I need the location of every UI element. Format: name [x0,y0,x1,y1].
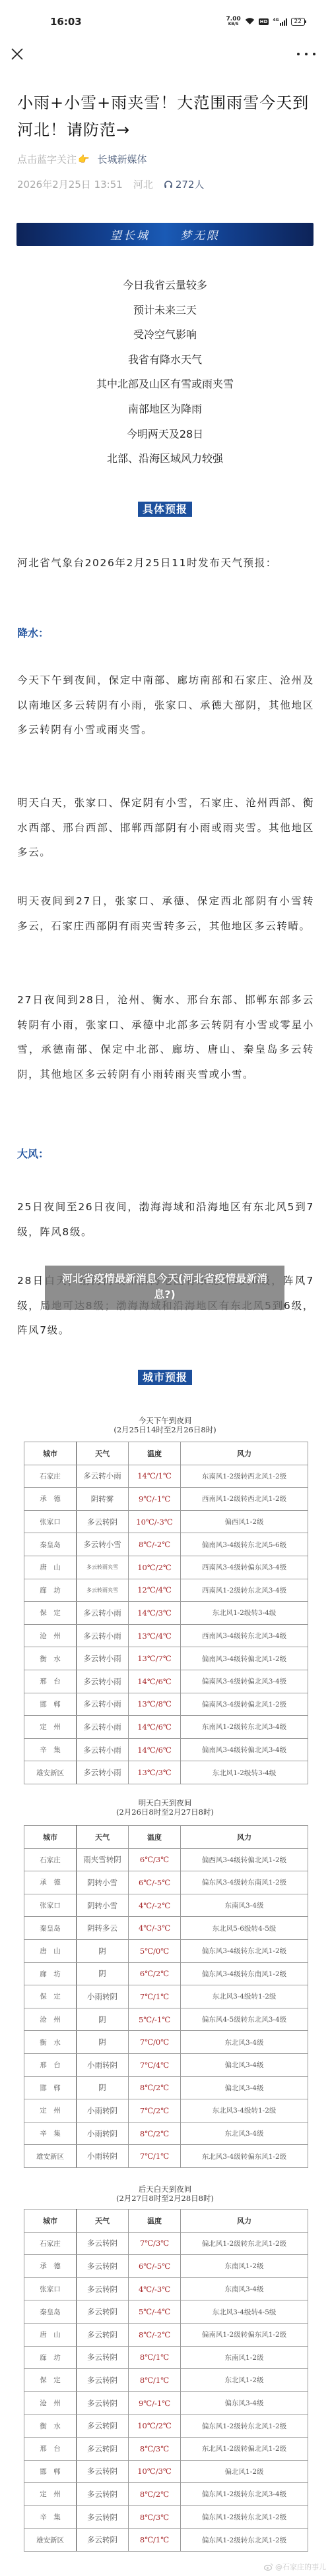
table-row: 廊 坊多云转阴8℃/1℃东南风1-2级 [24,2346,308,2369]
temperature-cell: 8℃/3℃ [129,2437,181,2460]
precip-paragraph: 明天白天，张家口、保定阴有小雪，石家庄、沧州西部、衡水西部、邢台西部、邯郸西部阴… [17,791,314,865]
wind-cell: 东北风3-4级 [181,2031,308,2054]
wind-cell: 东南风1-2级 [181,2255,308,2278]
city-cell: 定 州 [24,2483,77,2506]
follow-prompt: 点击蓝字关注 [17,152,77,166]
wind-cell: 东北风1-2级 [181,2369,308,2392]
city-cell: 辛 集 [24,2122,77,2145]
city-forecast-table-today: 城市 天气 温度 风力 石家庄多云转小雨14℃/1℃东南风1-2级转西北风1-2… [24,1442,308,1784]
wind-cell: 偏北风1-2级 [181,2460,308,2483]
table-row: 廊 坊多云转雨夹雪12℃/4℃西南风1-2级转东北风3-4级 [24,1579,308,1602]
weather-cell: 阴 [77,1962,129,1985]
temperature-cell: 9℃/-1℃ [129,1488,181,1511]
weather-cell: 多云转阴 [77,1510,129,1533]
listen-button[interactable]: 272人 [164,177,205,191]
city-cell: 承 德 [24,1488,77,1511]
wind-cell: 东南风1-2级转东北风3-4级 [181,1716,308,1739]
temperature-cell: 14℃/1℃ [129,1465,181,1488]
meta-row: 2026年2月25日 13:51 河北 272人 [17,177,204,191]
city-cell: 邢 台 [24,2053,77,2076]
city-cell: 雄安新区 [24,1761,77,1784]
column-header-temperature: 温度 [129,1442,181,1465]
city-cell: 张家口 [24,2277,77,2300]
wind-cell: 偏东风3-4级转东南风1-2级 [181,1871,308,1894]
wind-cell: 偏南风3-4级转偏北风1-2级 [181,1693,308,1716]
wind-cell: 偏北风3-4级 [181,2076,308,2099]
weather-cell: 小雨转阴 [77,1985,129,2008]
city-cell: 邢 台 [24,2437,77,2460]
temperature-cell: 7℃/4℃ [129,2053,181,2076]
weather-cell: 多云转阴 [77,2391,129,2415]
temperature-cell: 14℃/6℃ [129,1738,181,1761]
temperature-cell: 9℃/-1℃ [129,2391,181,2415]
summary-line: 南部地区为降雨 [0,401,330,426]
wind-cell: 偏南风3-4级转东北风5-6级 [181,1533,308,1556]
summary-line: 今明两天及28日 [0,426,330,451]
temperature-cell: 5℃/0℃ [129,1939,181,1962]
table-row: 沧 州阴5℃/-1℃偏东风4-5级转东北风3-4级 [24,2008,308,2031]
column-header-wind: 风力 [181,2210,308,2233]
city-cell: 邯 郸 [24,1693,77,1716]
weather-cell: 阴 [77,2031,129,2054]
source-row: 点击蓝字关注 👉 长城新媒体 [17,152,147,166]
close-button[interactable] [9,46,25,62]
weather-cell: 阴 [77,2076,129,2099]
temperature-cell: 12℃/4℃ [129,1579,181,1602]
publish-location: 河北 [133,177,153,191]
weather-cell: 小雨转阴 [77,2099,129,2122]
table-row: 定 州多云转小雨14℃/6℃东南风1-2级转东北风3-4级 [24,1716,308,1739]
column-header-wind: 风力 [181,1442,308,1465]
table-header-row: 城市 天气 温度 风力 [24,1442,308,1465]
city-cell: 保 定 [24,1985,77,2008]
summary-line: 北部、沿海区域风力较强 [0,450,330,475]
wind-cell: 东北风1-2级转3-4级 [181,1602,308,1625]
cellular-signal-icon: 4G [273,18,286,26]
wind-cell: 偏东风1-2级转东北风1-2级 [181,2529,308,2552]
banner-text-right: 梦无限 [180,226,220,243]
status-icons: 7.00 KB/S HD 4G 22 [226,16,305,27]
table-row: 秦皇岛多云转小雪8℃/-2℃偏南风3-4级转东北风5-6级 [24,1533,308,1556]
wind-cell: 偏北风3-4级 [181,2053,308,2076]
wind-cell: 偏东风4-5级转东北风3-4级 [181,2008,308,2031]
column-header-city: 城市 [24,2210,77,2233]
temperature-cell: 6℃/2℃ [129,1962,181,1985]
city-cell: 衡 水 [24,2415,77,2438]
summary-line: 其中北部及山区有雪或雨夹雪 [0,376,330,401]
table-row: 廊 坊阴6℃/2℃偏东风3-4级转东南风1-2级 [24,1962,308,1985]
weather-cell: 多云转阴 [77,2369,129,2392]
temperature-cell: 8℃/2℃ [129,2122,181,2145]
column-header-wind: 风力 [181,1826,308,1849]
temperature-cell: 8℃/2℃ [129,2483,181,2506]
temperature-cell: 7℃/2℃ [129,2099,181,2122]
summary-line: 受冷空气影响 [0,326,330,351]
temperature-cell: 6℃/-5℃ [129,1871,181,1894]
status-time: 16:03 [50,16,82,28]
table-row: 保 定多云转阴8℃/1℃东北风1-2级 [24,2369,308,2392]
wind-cell: 东南风1-2级 [181,2346,308,2369]
temperature-cell: 4℃/-3℃ [129,1917,181,1940]
table-row: 邯 郸多云转小雨13℃/8℃偏南风3-4级转偏北风1-2级 [24,1693,308,1716]
city-cell: 石家庄 [24,1465,77,1488]
wind-cell: 偏西风3-4级转偏北风1-2级 [181,1848,308,1871]
top-nav [0,42,330,66]
temperature-cell: 10℃/-3℃ [129,1510,181,1533]
temperature-cell: 8℃/1℃ [129,2369,181,2392]
weather-cell: 多云转阴 [77,2460,129,2483]
weather-cell: 多云转阴 [77,2300,129,2324]
temperature-cell: 5℃/-4℃ [129,2300,181,2324]
city-cell: 衡 水 [24,1647,77,1670]
more-button[interactable] [297,46,315,62]
table-row: 衡 水多云转小雨13℃/7℃偏南风3-4级转偏北风1-2级 [24,1647,308,1670]
table-row: 承 德多云转阴6℃/-5℃东南风1-2级 [24,2255,308,2278]
more-icon [297,53,300,55]
table-row: 定 州小雨转阴7℃/2℃东北风3-4级转1-2级 [24,2099,308,2122]
city-cell: 唐 山 [24,1939,77,1962]
table-row: 秦皇岛多云转阴5℃/-4℃东北风3-4级转4-5级 [24,2300,308,2324]
banner-text-left: 望长城 [110,226,150,243]
temperature-cell: 4℃/-2℃ [129,1894,181,1917]
wind-cell: 东南风3-4级 [181,2277,308,2300]
table-row: 定 州多云转阴8℃/2℃偏东风1-2级转东北风3-4级 [24,2483,308,2506]
column-header-temperature: 温度 [129,1826,181,1849]
temperature-cell: 4℃/-3℃ [129,2277,181,2300]
city-cell: 唐 山 [24,1556,77,1579]
table-row: 雄安新区小雨转阴7℃/1℃东北风3-4级转偏东风1-2级 [24,2145,308,2168]
table-row: 雄安新区多云转小雨13℃/3℃东北风1-2级转3-4级 [24,1761,308,1784]
weather-cell: 多云转阴 [77,2483,129,2506]
weather-cell: 阴转小雪 [77,1871,129,1894]
city-cell: 沧 州 [24,1624,77,1647]
section-tag-city-forecast: 城市预报 [138,1370,192,1385]
temperature-cell: 7℃/1℃ [129,1985,181,2008]
summary-line: 预计未来三天 [0,302,330,327]
wind-cell: 东北风3-4级转4-5级 [181,2300,308,2324]
table-row: 石家庄多云转阴7℃/3℃偏北风1-2级转东北风1-2级 [24,2232,308,2255]
weather-cell: 阴 [77,1939,129,1962]
weather-cell: 阴转多云 [77,1917,129,1940]
city-cell: 廊 坊 [24,1579,77,1602]
city-cell: 衡 水 [24,2031,77,2054]
table-row: 张家口多云转阴4℃/-3℃东南风3-4级 [24,2277,308,2300]
wind-cell: 偏南风3-4级转偏北风3-4级 [181,1738,308,1761]
table-row: 唐 山阴5℃/0℃偏东风3-4级转东北风1-2级 [24,1939,308,1962]
weather-cell: 多云转阴 [77,2232,129,2255]
wind-cell: 西南风1-2级转西北风1-2级 [181,1488,308,1511]
temperature-cell: 13℃/4℃ [129,1624,181,1647]
table-row: 承 德阴转雾9℃/-1℃西南风1-2级转西北风1-2级 [24,1488,308,1511]
summary-lines: 今日我省云量较多 预计未来三天 受冷空气影响 我省有降水天气 其中北部及山区有雪… [0,277,330,475]
table-row: 辛 集小雨转阴8℃/2℃东北风3-4级 [24,2122,308,2145]
city-cell: 张家口 [24,1894,77,1917]
weather-cell: 多云转小雨 [77,1647,129,1670]
column-header-city: 城市 [24,1442,77,1465]
table-row: 石家庄雨夹雪转阴6℃/3℃偏西风3-4级转偏北风1-2级 [24,1848,308,1871]
city-cell: 邢 台 [24,1670,77,1693]
temperature-cell: 8℃/-2℃ [129,2323,181,2346]
account-name-link[interactable]: 长城新媒体 [97,152,147,166]
temperature-cell: 7℃/3℃ [129,2232,181,2255]
table-row: 张家口阴转小雪4℃/-2℃东南风3-4级 [24,1894,308,1917]
temperature-cell: 7℃/0℃ [129,2031,181,2054]
weather-cell: 阴 [77,2008,129,2031]
wind-cell: 偏南风3-4级转偏北风1-2级 [181,1647,308,1670]
weather-cell: 多云转阴 [77,2529,129,2552]
table-header-row: 城市 天气 温度 风力 [24,1826,308,1849]
temperature-cell: 6℃/3℃ [129,1848,181,1871]
wind-paragraph: 25日夜间至26日夜间，渤海海域和沿海地区有东北风5到7级，阵风8级。 [17,1195,314,1244]
temperature-cell: 10℃/2℃ [129,2415,181,2438]
weather-cell: 多云转阴 [77,2277,129,2300]
wind-cell: 东北风1-2级转3-4级 [181,1761,308,1784]
wind-cell: 偏东风1-2级转东北风1-2级 [181,2415,308,2438]
weather-cell: 多云转阴 [77,2505,129,2529]
weather-cell: 多云转小雨 [77,1602,129,1625]
wind-cell: 偏南风3-4级转偏北风3-4级 [181,1670,308,1693]
wind-cell: 西南风3-4级转东北风3-4级 [181,1624,308,1647]
weibo-icon [264,2563,273,2571]
city-cell: 雄安新区 [24,2145,77,2168]
table-row: 邢 台多云转小雨14℃/6℃偏南风3-4级转偏北风3-4级 [24,1670,308,1693]
table-row: 唐 山多云转阴8℃/-2℃偏南风1-2级转偏东风1-2级 [24,2323,308,2346]
weather-cell: 小雨转阴 [77,2145,129,2168]
temperature-cell: 8℃/3℃ [129,2505,181,2529]
city-cell: 保 定 [24,2369,77,2392]
table-row: 张家口多云转阴10℃/-3℃偏西风1-2级 [24,1510,308,1533]
temperature-cell: 14℃/3℃ [129,1602,181,1625]
table-row: 辛 集多云转阴8℃/3℃偏东风1-2级转东北风1-2级 [24,2505,308,2529]
table-row: 邯 郸多云转阴10℃/3℃偏北风1-2级 [24,2460,308,2483]
summary-line: 今日我省云量较多 [0,277,330,302]
temperature-cell: 14℃/6℃ [129,1670,181,1693]
wifi-icon [245,17,255,27]
wind-cell: 西南风1-2级转东北风3-4级 [181,1579,308,1602]
temperature-cell: 14℃/6℃ [129,1716,181,1739]
city-cell: 辛 集 [24,2505,77,2529]
city-cell: 石家庄 [24,1848,77,1871]
table-caption: 今天下午到夜间 (2月25日14时至2月26日8时) [0,1417,330,1434]
table-row: 辛 集多云转小雨14℃/6℃偏南风3-4级转偏北风3-4级 [24,1738,308,1761]
wind-cell: 偏西风1-2级 [181,1510,308,1533]
table-row: 邢 台小雨转阴7℃/4℃偏北风3-4级 [24,2053,308,2076]
weather-cell: 多云转小雨 [77,1670,129,1693]
city-cell: 石家庄 [24,2232,77,2255]
temperature-cell: 10℃/2℃ [129,1556,181,1579]
city-cell: 承 德 [24,1871,77,1894]
listener-count: 272人 [176,177,205,191]
table-row: 衡 水阴7℃/0℃东北风3-4级 [24,2031,308,2054]
table-header-row: 城市 天气 温度 风力 [24,2210,308,2233]
wind-heading: 大风： [17,1146,49,1161]
city-cell: 雄安新区 [24,2529,77,2552]
wind-cell: 偏东风1-2级转东北风3-4级 [181,2483,308,2506]
table-caption: 明天白天到夜间 (2月26日8时至2月27日8时) [0,1799,330,1817]
wind-cell: 东北风3-4级转1-2级 [181,2099,308,2122]
weather-cell: 多云转小雨 [77,1761,129,1784]
table-row: 邢 台多云转阴8℃/3℃东北风1-2级转偏北风1-2级 [24,2437,308,2460]
table-row: 石家庄多云转小雨14℃/1℃东南风1-2级转西北风1-2级 [24,1465,308,1488]
weather-cell: 多云转雨夹雪 [77,1579,129,1602]
wind-cell: 东北风5-6级转4-5级 [181,1917,308,1940]
weather-cell: 多云转阴 [77,2415,129,2438]
table-row: 保 定小雨转阴7℃/1℃东北风3-4级转1-2级 [24,1985,308,2008]
close-icon [9,46,25,62]
weather-cell: 阴转雾 [77,1488,129,1511]
section-tag-forecast: 具体预报 [138,502,192,517]
wind-cell: 东北风3-4级 [181,2122,308,2145]
wind-cell: 东南风1-2级转西北风1-2级 [181,1465,308,1488]
weather-cell: 小雨转阴 [77,2122,129,2145]
weather-cell: 多云转阴 [77,2255,129,2278]
city-cell: 秦皇岛 [24,1917,77,1940]
precip-paragraph: 明天夜间到27日，张家口、承德、保定西北部阴有小雪转多云，石家庄西部阴有雨夹雪转… [17,889,314,939]
weather-cell: 阴转小雪 [77,1894,129,1917]
precip-paragraph: 今天下午到夜间，保定中南部、廊坊南部和石家庄、沧州及以南地区多云转阴有小雨，张家… [17,668,314,743]
image-caption-overlay: 河北省疫情最新消息今天(河北省疫情最新消息?) [45,1266,284,1310]
city-cell: 张家口 [24,1510,77,1533]
city-cell: 承 德 [24,2255,77,2278]
weather-cell: 多云转小雨 [77,1738,129,1761]
temperature-cell: 10℃/3℃ [129,2460,181,2483]
wind-cell: 西南风3-4级转偏东风3-4级 [181,1556,308,1579]
summary-line: 我省有降水天气 [0,351,330,376]
battery-icon: 22 [291,18,305,26]
city-cell: 定 州 [24,1716,77,1739]
status-bar: 16:03 7.00 KB/S HD 4G 22 [0,0,330,40]
table-row: 沧 州多云转阴9℃/-1℃偏东风3-4级 [24,2391,308,2415]
headphones-icon [164,180,173,189]
table-row: 衡 水多云转阴10℃/2℃偏东风1-2级转东北风1-2级 [24,2415,308,2438]
table-row: 雄安新区多云转阴8℃/1℃偏东风1-2级转东北风1-2级 [24,2529,308,2552]
wind-cell: 东南风3-4级 [181,1894,308,1917]
table-caption: 后天白天到夜间 (2月27日8时至2月28日8时) [0,2185,330,2203]
weather-cell: 多云转小雨 [77,1624,129,1647]
weather-cell: 多云转小雨 [77,1693,129,1716]
city-forecast-table-day-after: 城市 天气 温度 风力 石家庄多云转阴7℃/3℃偏北风1-2级转东北风1-2级承… [24,2209,308,2552]
forecast-intro: 河北省气象台2026年2月25日11时发布天气预报： [17,551,314,576]
wind-cell: 东北风3-4级转1-2级 [181,1985,308,2008]
column-header-city: 城市 [24,1826,77,1849]
weather-cell: 多云转小雨 [77,1716,129,1739]
city-cell: 邯 郸 [24,2460,77,2483]
weather-cell: 多云转阴 [77,2437,129,2460]
weather-cell: 多云转阴 [77,2346,129,2369]
weibo-watermark: @石家庄的事儿 [264,2561,326,2572]
article-title: 小雨+小雪+雨夹雪！大范围雨雪今天到河北！请防范→ [17,90,314,144]
city-forecast-table-tomorrow: 城市 天气 温度 风力 石家庄雨夹雪转阴6℃/3℃偏西风3-4级转偏北风1-2级… [24,1825,308,2168]
temperature-cell: 8℃/2℃ [129,2076,181,2099]
column-header-weather: 天气 [77,2210,129,2233]
city-cell: 定 州 [24,2099,77,2122]
table-row: 邯 郸阴8℃/2℃偏北风3-4级 [24,2076,308,2099]
wind-cell: 东北风3-4级转偏东风1-2级 [181,2145,308,2168]
table-row: 保 定多云转小雨14℃/3℃东北风1-2级转3-4级 [24,1602,308,1625]
header-banner: 望长城 梦无限 [16,223,313,246]
weather-cell: 小雨转阴 [77,2053,129,2076]
pointing-hand-icon: 👉 [78,154,89,165]
city-cell: 辛 集 [24,1738,77,1761]
city-cell: 邯 郸 [24,2076,77,2099]
table-row: 唐 山多云转雨夹雪10℃/2℃西南风3-4级转偏东风3-4级 [24,1556,308,1579]
precipitation-heading: 降水： [17,625,49,640]
weather-cell: 多云转雨夹雪 [77,1556,129,1579]
temperature-cell: 13℃/3℃ [129,1761,181,1784]
column-header-weather: 天气 [77,1826,129,1849]
city-cell: 沧 州 [24,2391,77,2415]
weather-cell: 多云转阴 [77,2323,129,2346]
temperature-cell: 7℃/1℃ [129,2145,181,2168]
precip-paragraph: 27日夜间到28日，沧州、衡水、邢台东部、邯郸东部多云转阴有小雨，张家口、承德中… [17,988,314,1087]
city-cell: 沧 州 [24,2008,77,2031]
temperature-cell: 6℃/-5℃ [129,2255,181,2278]
wind-cell: 偏南风1-2级转偏东风1-2级 [181,2323,308,2346]
table-row: 沧 州多云转小雨13℃/4℃西南风3-4级转东北风3-4级 [24,1624,308,1647]
temperature-cell: 13℃/7℃ [129,1647,181,1670]
city-cell: 秦皇岛 [24,2300,77,2324]
wind-cell: 东北风1-2级转偏北风1-2级 [181,2437,308,2460]
temperature-cell: 8℃/-2℃ [129,1533,181,1556]
wind-cell: 偏东风1-2级转东北风1-2级 [181,2505,308,2529]
wind-cell: 偏东风3-4级转东北风1-2级 [181,1939,308,1962]
publish-date: 2026年2月25日 13:51 [17,177,123,191]
city-cell: 廊 坊 [24,2346,77,2369]
weather-cell: 多云转小雨 [77,1465,129,1488]
city-cell: 保 定 [24,1602,77,1625]
temperature-cell: 8℃/1℃ [129,2529,181,2552]
column-header-temperature: 温度 [129,2210,181,2233]
temperature-cell: 13℃/8℃ [129,1693,181,1716]
weather-cell: 雨夹雪转阴 [77,1848,129,1871]
hd-icon: HD [259,18,269,25]
city-cell: 秦皇岛 [24,1533,77,1556]
city-cell: 廊 坊 [24,1962,77,1985]
wind-cell: 偏北风1-2级转东北风1-2级 [181,2232,308,2255]
city-cell: 唐 山 [24,2323,77,2346]
weather-cell: 多云转小雪 [77,1533,129,1556]
wind-cell: 偏东风3-4级转东南风1-2级 [181,1962,308,1985]
column-header-weather: 天气 [77,1442,129,1465]
temperature-cell: 5℃/-1℃ [129,2008,181,2031]
table-row: 秦皇岛阴转多云4℃/-3℃东北风5-6级转4-5级 [24,1917,308,1940]
network-speed: 7.00 KB/S [226,16,241,27]
temperature-cell: 8℃/1℃ [129,2346,181,2369]
wind-cell: 偏东风3-4级 [181,2391,308,2415]
table-row: 承 德阴转小雪6℃/-5℃偏东风3-4级转东南风1-2级 [24,1871,308,1894]
